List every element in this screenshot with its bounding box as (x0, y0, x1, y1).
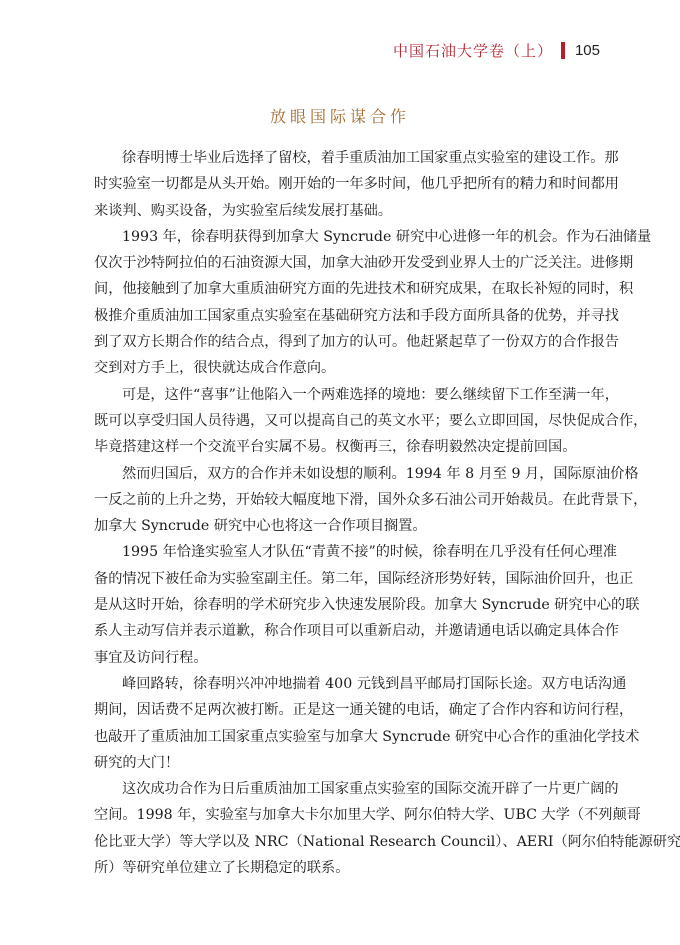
text-line: 这次成功合作为日后重质油加工国家重点实验室的国际交流开辟了一片更广阔的 (94, 776, 594, 802)
text-line: 所）等研究单位建立了长期稳定的联系。 (94, 855, 594, 881)
book-title: 中国石油大学卷（上） (393, 40, 553, 61)
paragraph: 可是，这件“喜事”让他陷入一个两难选择的境地：要么继续留下工作至满一年，既可以享… (94, 382, 594, 461)
page-number: 105 (575, 42, 600, 59)
paragraph: 徐春明博士毕业后选择了留校，着手重质油加工国家重点实验室的建设工作。那时实验室一… (94, 145, 594, 224)
paragraph: 峰回路转，徐春明兴冲冲地揣着 400 元钱到昌平邮局打国际长途。双方电话沟通期间… (94, 671, 594, 776)
text-line: 1995 年恰逢实验室人才队伍“青黄不接”的时候，徐春明在几乎没有任何心理准 (94, 539, 594, 565)
text-line: 徐春明博士毕业后选择了留校，着手重质油加工国家重点实验室的建设工作。那 (94, 145, 594, 171)
text-line: 到了双方长期合作的结合点，得到了加方的认可。他赶紧起草了一份双方的合作报告 (94, 329, 594, 355)
body-text: 徐春明博士毕业后选择了留校，着手重质油加工国家重点实验室的建设工作。那时实验室一… (94, 145, 594, 881)
paragraph: 然而归国后，双方的合作并未如设想的顺利。1994 年 8 月至 9 月，国际原油… (94, 461, 594, 540)
text-line: 加拿大 Syncrude 研究中心也将这一合作项目搁置。 (94, 513, 594, 539)
text-line: 既可以享受归国人员待遇，又可以提高自己的英文水平；要么立即回国，尽快促成合作， (94, 408, 594, 434)
text-line: 间，他接触到了加拿大重质油研究方面的先进技术和研究成果，在取长补短的同时，积 (94, 276, 594, 302)
text-line: 研究的大门！ (94, 750, 594, 776)
text-line: 峰回路转，徐春明兴冲冲地揣着 400 元钱到昌平邮局打国际长途。双方电话沟通 (94, 671, 594, 697)
text-line: 1993 年，徐春明获得到加拿大 Syncrude 研究中心进修一年的机会。作为… (94, 224, 594, 250)
text-line: 仅次于沙特阿拉伯的石油资源大国，加拿大油砂开发受到业界人士的广泛关注。进修期 (94, 250, 594, 276)
text-line: 伦比亚大学）等大学以及 NRC（National Research Counci… (94, 829, 594, 855)
text-line: 空间。1998 年，实验室与加拿大卡尔加里大学、阿尔伯特大学、UBC 大学（不列… (94, 802, 594, 828)
text-line: 备的情况下被任命为实验室副主任。第二年，国际经济形势好转，国际油价回升，也正 (94, 566, 594, 592)
paragraph: 1993 年，徐春明获得到加拿大 Syncrude 研究中心进修一年的机会。作为… (94, 224, 594, 382)
text-line: 一反之前的上升之势，开始较大幅度地下滑，国外众多石油公司开始裁员。在此背景下， (94, 487, 594, 513)
text-line: 也敲开了重质油加工国家重点实验室与加拿大 Syncrude 研究中心合作的重油化… (94, 724, 594, 750)
section-title: 放眼国际谋合作 (0, 104, 680, 127)
text-line: 可是，这件“喜事”让他陷入一个两难选择的境地：要么继续留下工作至满一年， (94, 382, 594, 408)
text-line: 来谈判、购买设备，为实验室后续发展打基础。 (94, 198, 594, 224)
paragraph: 1995 年恰逢实验室人才队伍“青黄不接”的时候，徐春明在几乎没有任何心理准备的… (94, 539, 594, 670)
text-line: 极推介重质油加工国家重点实验室在基础研究方法和手段方面所具备的优势，并寻找 (94, 303, 594, 329)
text-line: 毕竟搭建这样一个交流平台实属不易。权衡再三，徐春明毅然决定提前回国。 (94, 434, 594, 460)
text-line: 交到对方手上，很快就达成合作意向。 (94, 355, 594, 381)
text-line: 时实验室一切都是从头开始。刚开始的一年多时间，他几乎把所有的精力和时间都用 (94, 171, 594, 197)
text-line: 然而归国后，双方的合作并未如设想的顺利。1994 年 8 月至 9 月，国际原油… (94, 461, 594, 487)
text-line: 期间，因话费不足两次被打断。正是这一通关键的电话，确定了合作内容和访问行程， (94, 697, 594, 723)
header-divider (561, 42, 565, 59)
running-header: 中国石油大学卷（上） 105 (393, 40, 600, 61)
text-line: 事宜及访问行程。 (94, 645, 594, 671)
text-line: 系人主动写信并表示道歉，称合作项目可以重新启动，并邀请通电话以确定具体合作 (94, 618, 594, 644)
paragraph: 这次成功合作为日后重质油加工国家重点实验室的国际交流开辟了一片更广阔的空间。19… (94, 776, 594, 881)
text-line: 是从这时开始，徐春明的学术研究步入快速发展阶段。加拿大 Syncrude 研究中… (94, 592, 594, 618)
